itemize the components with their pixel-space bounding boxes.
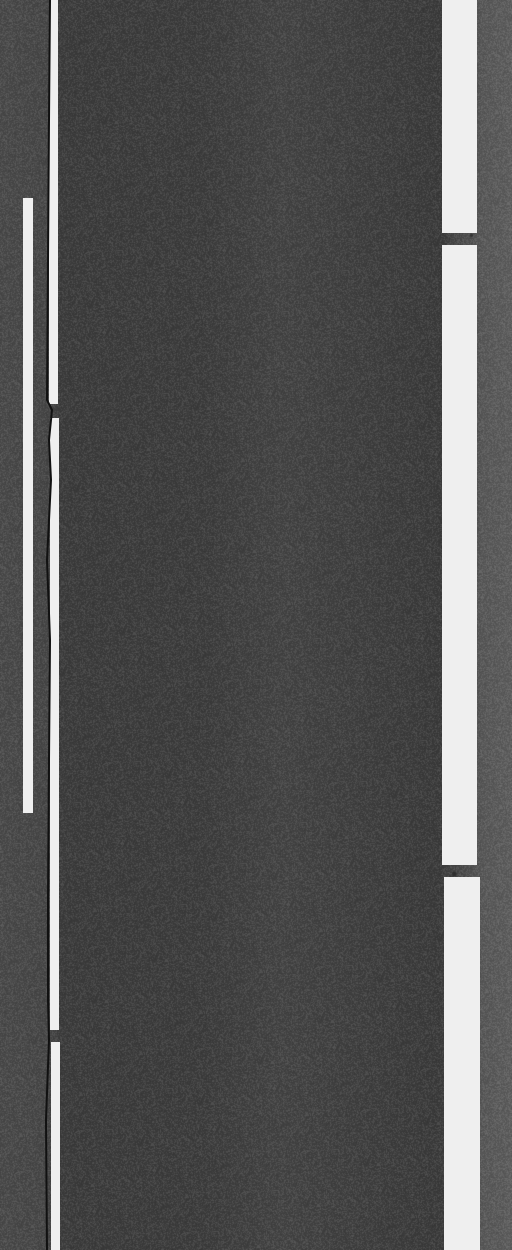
road-surface-scene	[0, 0, 512, 1250]
pavement-crack	[0, 0, 70, 1250]
right-lane-dash	[442, 0, 477, 233]
asphalt-texture	[0, 0, 512, 1250]
right-lane-dash	[442, 245, 477, 865]
right-lane-dash	[444, 877, 480, 1250]
